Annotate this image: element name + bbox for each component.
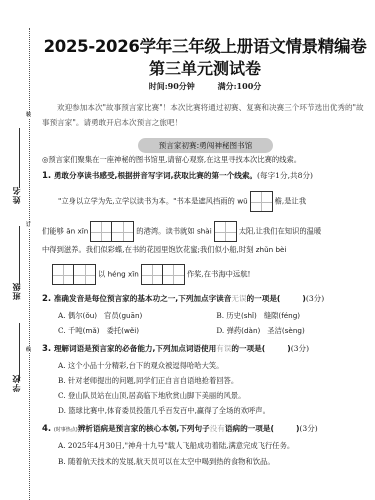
question-1-line-3: 中得到滋养。我们似彩蝶,在书的花园里饱饮花蜜;我们似小船,时刻 zhǔn bèi [42,244,286,256]
name-write-line[interactable] [19,128,20,188]
question-2-options-cd: C. 千吨(mǎ) 委托(wěi) D. 弹药(dàn) 圣洁(sèng) [58,325,305,337]
school-label: 学校 [11,374,22,392]
exam-time: 时间:90分钟 [149,81,195,91]
exam-title: 2025-2026学年三年级上册语文情景精编卷 [40,33,370,57]
binding-dotted-line [29,28,30,500]
answer-box-wu[interactable] [250,191,273,212]
question-2-heading: 2. 准确发音是每位预言家的基本功之一,下列加点字读音无误的一项是()(3分) [42,293,324,305]
option-c[interactable]: C. 千吨(mǎ) 委托(wěi) [58,325,214,337]
option-c[interactable]: C. 登山队员站在山顶,居高临下地欣赏山脚下美丽的风景。 [58,390,245,402]
question-2-options-ab: A. 偶尔(ǒu) 官员(guān) B. 历史(shǐ) 缝隙(féng) [58,310,300,322]
question-1-line-4: 以 héng xīn作桨,在书海中远航! [42,264,250,285]
answer-box-zhunbei[interactable] [52,264,96,285]
option-a[interactable]: A. 偶尔(ǒu) 官员(guān) [58,310,214,322]
class-label: 班级 [11,282,22,300]
option-d[interactable]: D. 篮球比赛中,体育委员投篮几乎百发百中,赢得了全场的欢呼声。 [58,405,270,417]
intro-paragraph: 欢迎参加本次"故事预言家比赛"！本次比赛将通过初赛、复赛和决赛三个环节选出优秀的… [42,100,367,130]
school-write-line[interactable] [19,323,20,381]
question-1-heading: 1. 勇敢分享读书感受,根据拼音写字词,获取比赛的第一个线索。(每字1分,共8分… [42,170,313,182]
answer-box-shai[interactable] [214,221,237,242]
section-intro: ◎预言家们聚集在一座神秘的图书馆里,请留心观察,在这里寻找本次比赛的线索。 [42,154,301,166]
exam-meta: 时间:90分钟 满分:100分 [40,81,370,92]
option-d[interactable]: D. 弹药(dàn) 圣洁(sèng) [216,325,304,337]
option-b[interactable]: B. 随着航天技术的发展,航天员可以在太空中喝到热的食物和饮品。 [58,456,275,468]
binding-mark: 线 [26,347,31,353]
exam-score: 满分:100分 [218,81,262,91]
name-label: 姓名 [11,186,22,204]
binding-mark: 装 [26,112,31,118]
option-a[interactable]: A. 这个小品十分精彩,台下的观众被逗得哈哈大笑。 [58,360,223,372]
option-a[interactable]: A. 2025年4月30日,"神舟十九号"载人飞船成功着陆,满意完成飞行任务。 [58,440,294,452]
question-1-line-1: "立身以立学为先,立学以读书为本。"书本是遮风挡雨的 wū檐,是让我 [58,191,306,212]
option-b[interactable]: B. 针对老师提出的问题,同学们正自言自语地抢着回答。 [58,375,238,387]
question-4-heading: 4. (时事热点)辨析语病是预言家的核心本领,下列句子没有语病的一项是()(3分… [42,423,318,436]
section-badge: 预言家初赛:勇闯神秘图书馆 [138,138,273,153]
question-3-heading: 3. 理解词语是预言家的必备能力,下列加点词语使用有误的一项是()(3分) [42,343,309,355]
answer-box-anxin[interactable] [90,221,134,242]
answer-box-hengxin[interactable] [141,264,185,285]
binding-mark: 订 [26,222,31,228]
option-b[interactable]: B. 历史(shǐ) 缝隙(féng) [216,310,300,322]
topic-tag: (时事热点) [54,427,78,433]
class-write-line[interactable] [19,226,20,284]
question-1-line-2: 们能够 ān xīn的港湾。读书就如 shài太阳,让我们在知识的温暖 [42,221,321,242]
exam-subtitle: 第三单元测试卷 [40,56,370,79]
